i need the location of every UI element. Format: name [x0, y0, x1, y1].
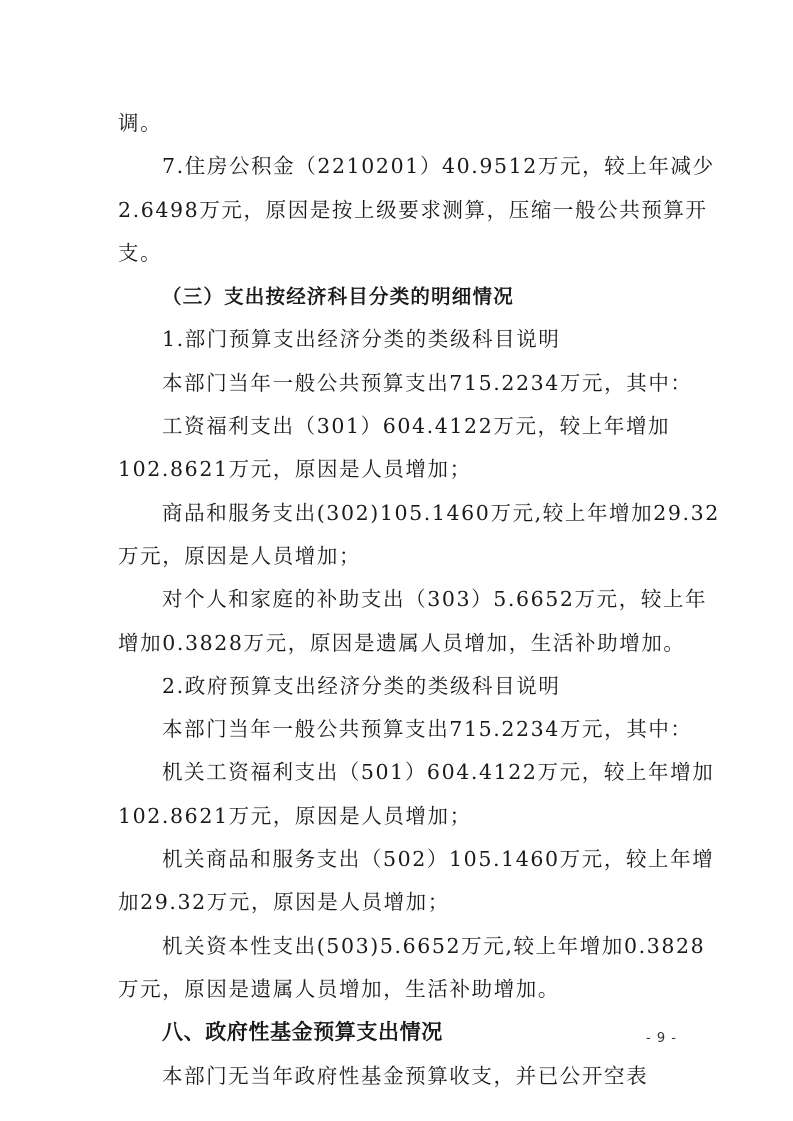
text-line: 商品和服务支出(302)105.1460万元,较上年增加29.32: [118, 492, 670, 535]
text-line: 对个人和家庭的补助支出（303）5.6652万元，较上年: [118, 578, 670, 621]
text-line: 本部门当年一般公共预算支出715.2234万元，其中：: [118, 362, 670, 405]
text-line: 支。: [118, 232, 670, 275]
text-line: 工资福利支出（301）604.4122万元，较上年增加: [118, 405, 670, 448]
text-line: 万元，原因是遗属人员增加，生活补助增加。: [118, 968, 670, 1011]
text-line: 机关工资福利支出（501）604.4122万元，较上年增加: [118, 751, 670, 794]
section-subheading: （三）支出按经济科目分类的明细情况: [118, 275, 670, 318]
text-line: 增加0.3828万元，原因是遗属人员增加，生活补助增加。: [118, 622, 670, 665]
text-line: 1.部门预算支出经济分类的类级科目说明: [118, 318, 670, 361]
text-line: 2.6498万元，原因是按上级要求测算，压缩一般公共预算开: [118, 189, 670, 232]
text-line: 102.8621万元，原因是人员增加；: [118, 795, 670, 838]
document-page: 调。 7.住房公积金（2210201）40.9512万元，较上年减少 2.649…: [0, 0, 793, 1121]
section-heading: 八、政府性基金预算支出情况: [118, 1011, 670, 1054]
text-line: 7.住房公积金（2210201）40.9512万元，较上年减少: [118, 145, 670, 188]
text-line: 加29.32万元，原因是人员增加；: [118, 881, 670, 924]
text-line: 本部门无当年政府性基金预算收支，并已公开空表: [118, 1055, 670, 1098]
text-line: 万元，原因是人员增加；: [118, 535, 670, 578]
text-line: 本部门当年一般公共预算支出715.2234万元，其中：: [118, 708, 670, 751]
text-line: 机关资本性支出(503)5.6652万元,较上年增加0.3828: [118, 925, 670, 968]
text-line: 调。: [118, 102, 670, 145]
page-number: - 9 -: [646, 1031, 677, 1046]
text-line: 102.8621万元，原因是人员增加；: [118, 448, 670, 491]
body-text: 调。 7.住房公积金（2210201）40.9512万元，较上年减少 2.649…: [118, 102, 670, 1098]
text-line: 2.政府预算支出经济分类的类级科目说明: [118, 665, 670, 708]
text-line: 机关商品和服务支出（502）105.1460万元，较上年增: [118, 838, 670, 881]
